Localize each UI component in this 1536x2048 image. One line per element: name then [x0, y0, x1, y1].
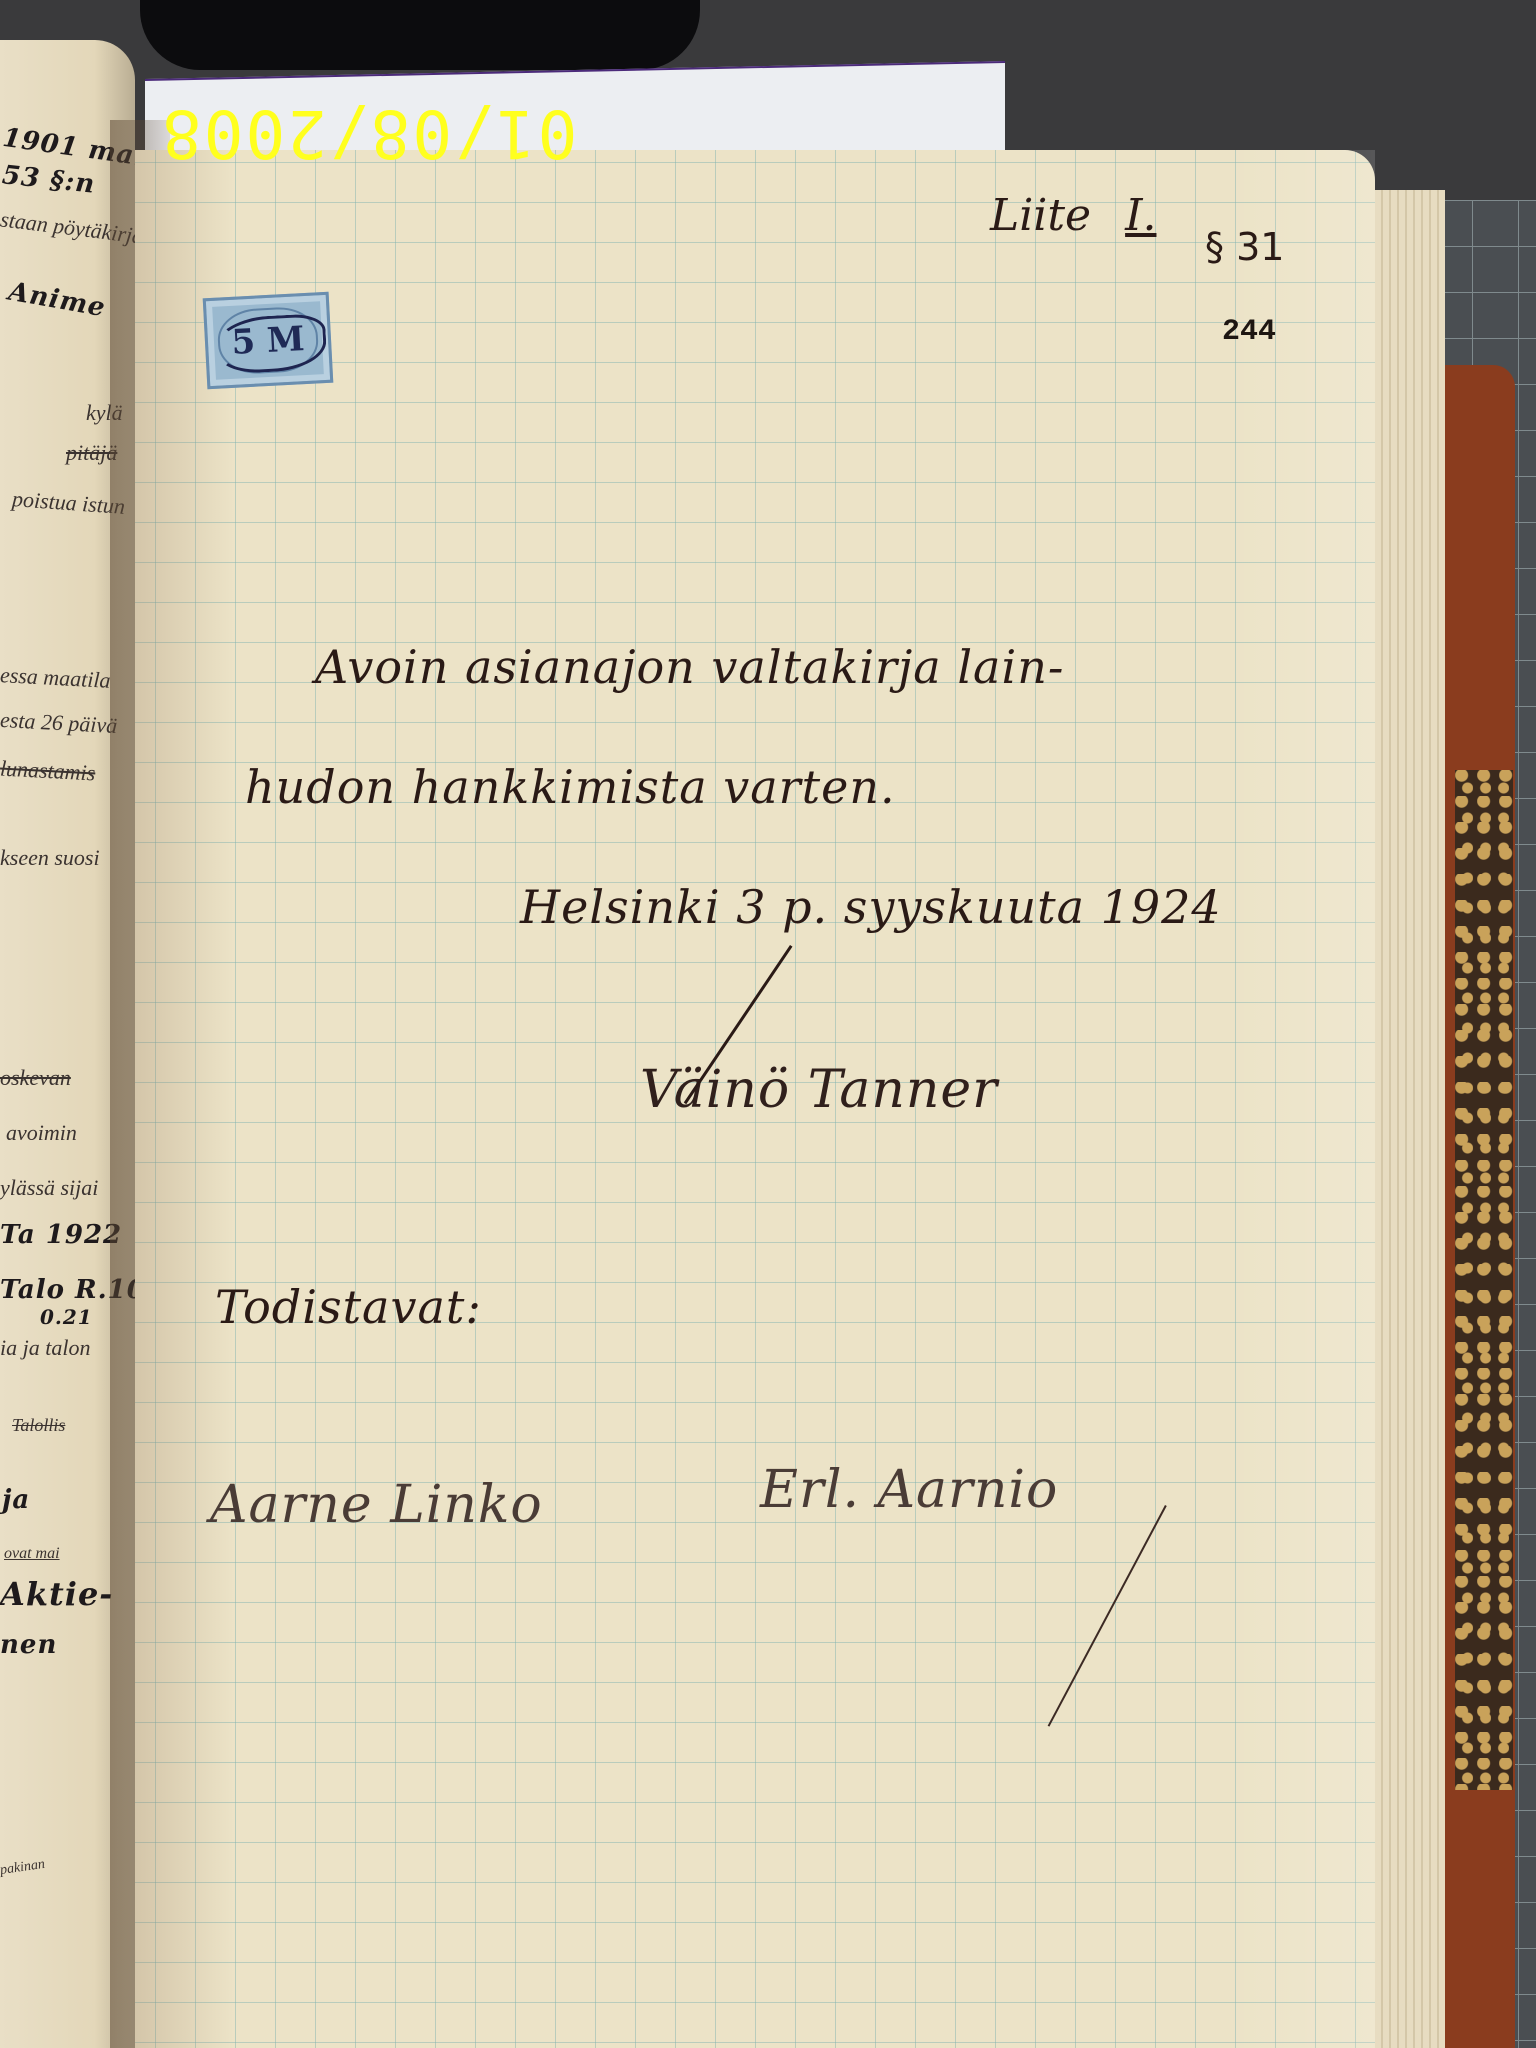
page-block-edges — [1375, 190, 1445, 2048]
revenue-stamp: 5 M — [203, 292, 334, 389]
section-mark: § 31 — [1205, 225, 1284, 269]
witness-signature-2: Erl. Aarnio — [760, 1460, 1058, 1520]
left-fragment: pakinan — [0, 1857, 46, 1879]
left-fragment: ia ja talon — [0, 1335, 90, 1361]
left-fragment: Aktie- — [0, 1575, 114, 1613]
left-fragment: ovat mai — [4, 1545, 60, 1563]
place-date-line: Helsinki 3 p. syyskuuta 1924 — [520, 880, 1222, 934]
left-fragment: Anime — [6, 277, 108, 324]
left-fragment: Ta 1922 — [0, 1220, 122, 1250]
left-fragment: nen — [0, 1630, 57, 1660]
left-fragment: kseen suosi — [0, 845, 100, 871]
dark-object-top — [140, 0, 700, 70]
left-fragment: ylässä sijai — [0, 1175, 98, 1201]
left-fragment: Talollis — [12, 1415, 65, 1436]
left-fragment: 53 §:n — [1, 160, 97, 200]
left-fragment: esta 26 päivä — [0, 707, 118, 739]
left-fragment: ja — [2, 1485, 30, 1515]
left-fragment: poistua istun — [11, 486, 126, 520]
page-number: 244 — [1222, 315, 1276, 349]
left-fragment: 0.21 — [40, 1305, 93, 1329]
book-cover-marbled — [1455, 770, 1513, 1790]
witness-signature-1: Aarne Linko — [210, 1475, 543, 1535]
annex-number: I. — [1125, 190, 1156, 241]
left-fragment: lunastamis — [0, 756, 96, 787]
witnesses-label: Todistavat: — [215, 1280, 482, 1334]
annex-label: Liite I. — [990, 190, 1156, 241]
annex-word: Liite — [990, 190, 1091, 241]
left-fragment: avoimin — [6, 1120, 77, 1146]
body-line-1: Avoin asianajon valtakirja lain- — [315, 640, 1064, 694]
left-fragment: oskevan — [0, 1065, 71, 1091]
body-line-2: hudon hankkimista varten. — [245, 760, 896, 814]
left-fragment: essa maatila — [0, 662, 111, 694]
camera-date-stamp: 01/08/2008 — [160, 100, 577, 166]
